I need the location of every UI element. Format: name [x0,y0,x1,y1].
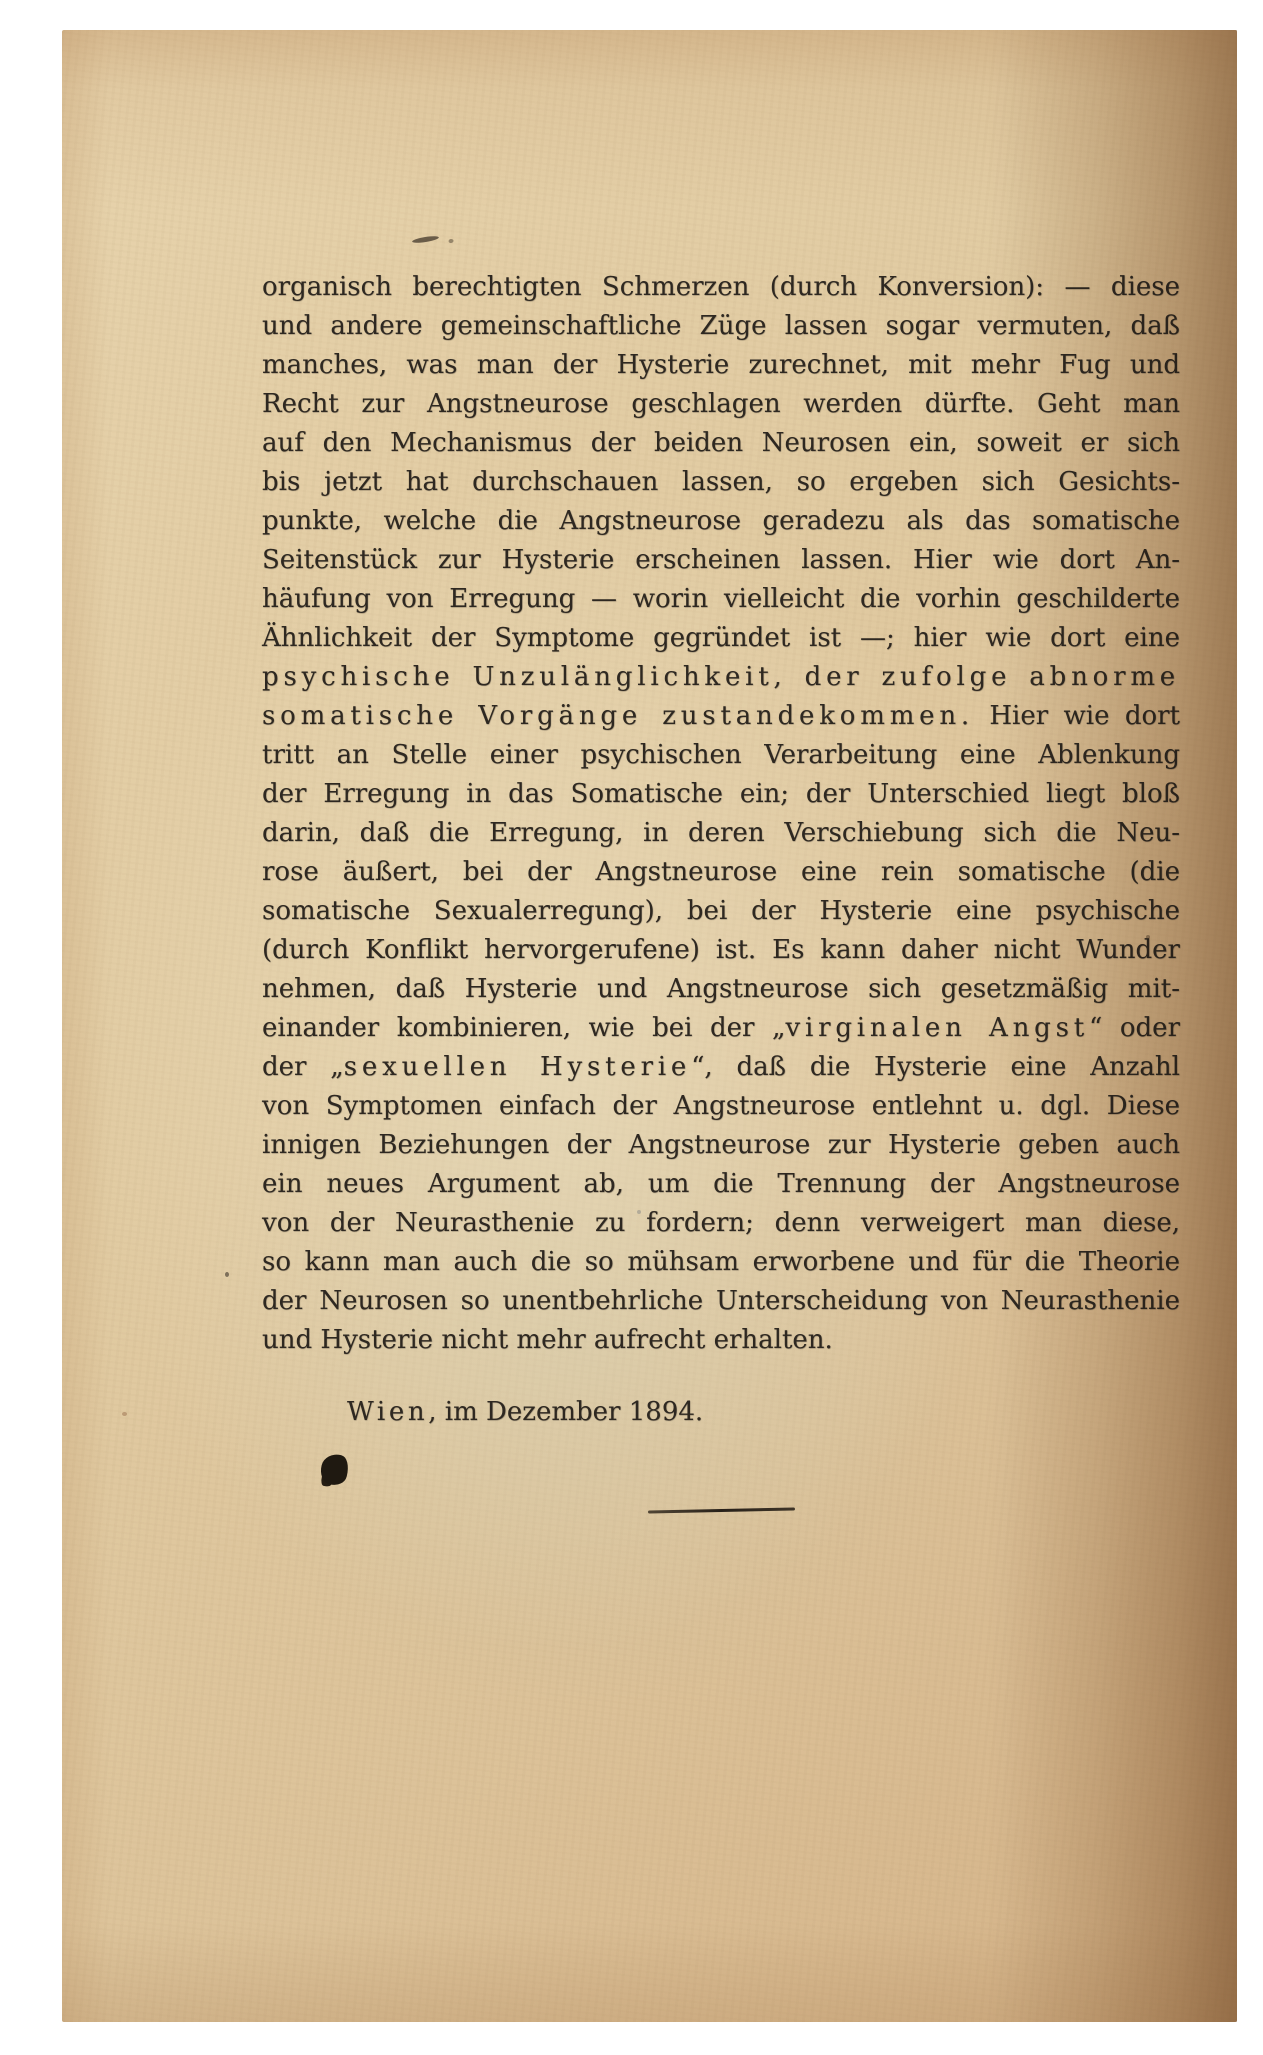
paper-speck [122,1412,127,1416]
text-line: so kann man auch die so mühsam erworbene… [262,1243,1180,1282]
emphasized-spaced-text: virginalen Angst [785,1013,1089,1043]
signature-date: , im Dezember 1894. [428,1397,703,1427]
paper-speck [225,1272,229,1277]
text-line: Ähnlichkeit der Symptome gegründet ist —… [262,619,1180,658]
text-line: somatische Vorgänge zustandekommen. Hier… [262,697,1180,736]
text-segment: der „ [262,1052,344,1082]
paper-speck [637,1210,641,1214]
text-line: Recht zur Angstneurose geschlagen werden… [262,385,1180,424]
text-segment: auf den Mechanismus der beiden Neurosen … [262,428,1180,458]
text-segment: der Erregung in das Somatische ein; der … [262,779,1180,809]
text-segment: manches, was man der Hysterie zurechnet,… [262,350,1180,380]
text-line: (durch Konflikt hervorgerufene) ist. Es … [262,931,1180,970]
section-divider-rule [648,1507,795,1513]
text-segment: Hier wie dort [974,701,1180,731]
body-text: organisch berechtigten Schmerzen (durch … [262,268,1180,1432]
text-segment: punkte, welche die Angstneurose geradezu… [262,506,1180,536]
text-segment: häufung von Erregung — worin vielleicht … [262,584,1180,614]
text-line: und Hysterie nicht mehr aufrecht erhalte… [262,1321,1180,1360]
text-segment: nehmen, daß Hysterie und Angstneurose si… [262,974,1180,1004]
text-line: punkte, welche die Angstneurose geradezu… [262,502,1180,541]
text-segment: Seitenstück zur Hysterie erscheinen lass… [262,545,1180,575]
signature-place: Wien [347,1397,428,1427]
text-segment: tritt an Stelle einer psychischen Verarb… [262,740,1180,770]
text-line: rose äußert, bei der Angstneurose eine r… [262,853,1180,892]
text-segment: darin, daß die Erregung, in deren Versch… [262,818,1180,848]
text-segment: einander kombinieren, wie bei der „ [262,1013,785,1043]
emphasized-spaced-text: somatische Vorgänge zustandekommen. [262,701,974,731]
text-line: der „sexuellen Hysterie“, daß die Hyster… [262,1048,1180,1087]
text-segment: “ oder [1089,1013,1180,1043]
text-line: ein neues Argument ab, um die Trennung d… [262,1165,1180,1204]
text-segment: und andere gemeinschaftliche Züge lassen… [262,311,1180,341]
text-segment: (durch Konflikt hervorgerufene) ist. Es … [262,935,1180,965]
text-line: Seitenstück zur Hysterie erscheinen lass… [262,541,1180,580]
text-line: innigen Beziehungen der Angstneurose zur… [262,1126,1180,1165]
text-segment: der Neurosen so unentbehrliche Untersche… [262,1286,1180,1316]
text-line: der Neurosen so unentbehrliche Untersche… [262,1282,1180,1321]
print-smudge [412,235,439,244]
text-line: und andere gemeinschaftliche Züge lassen… [262,307,1180,346]
text-segment: von Symptomen einfach der Angstneurose e… [262,1091,1180,1121]
text-segment: rose äußert, bei der Angstneurose eine r… [262,857,1180,887]
text-segment: “, daß die Hysterie eine Anzahl [691,1052,1180,1082]
text-line: von Symptomen einfach der Angstneurose e… [262,1087,1180,1126]
text-segment: organisch berechtigten Schmerzen (durch … [262,272,1180,302]
text-line: der Erregung in das Somatische ein; der … [262,775,1180,814]
text-segment: innigen Beziehungen der Angstneurose zur… [262,1130,1180,1160]
text-segment: ein neues Argument ab, um die Trennung d… [262,1169,1180,1199]
text-line: manches, was man der Hysterie zurechnet,… [262,346,1180,385]
text-segment: Ähnlichkeit der Symptome gegründet ist —… [262,623,1180,653]
text-line: bis jetzt hat durchschauen lassen, so er… [262,463,1180,502]
emphasized-spaced-text: psychische Unzulänglichkeit, der zufolge… [262,662,1180,692]
ink-blot [318,1451,352,1488]
text-line: nehmen, daß Hysterie und Angstneurose si… [262,970,1180,1009]
text-line: somatische Sexualerregung), bei der Hyst… [262,892,1180,931]
text-line: psychische Unzulänglichkeit, der zufolge… [262,658,1180,697]
scan-viewport: organisch berechtigten Schmerzen (durch … [0,0,1263,2055]
text-line: organisch berechtigten Schmerzen (durch … [262,268,1180,307]
text-line: auf den Mechanismus der beiden Neurosen … [262,424,1180,463]
paper-speck [1146,935,1150,939]
text-segment: von der Neurasthenie zu fordern; denn ve… [262,1208,1180,1238]
text-line: häufung von Erregung — worin vielleicht … [262,580,1180,619]
signature-line: Wien, im Dezember 1894. [262,1393,1180,1432]
text-line: tritt an Stelle einer psychischen Verarb… [262,736,1180,775]
text-line: von der Neurasthenie zu fordern; denn ve… [262,1204,1180,1243]
text-segment: somatische Sexualerregung), bei der Hyst… [262,896,1180,926]
text-segment: bis jetzt hat durchschauen lassen, so er… [262,467,1180,497]
text-segment: Recht zur Angstneurose geschlagen werden… [262,389,1180,419]
text-line: darin, daß die Erregung, in deren Versch… [262,814,1180,853]
text-segment: und Hysterie nicht mehr aufrecht erhalte… [262,1325,833,1355]
emphasized-spaced-text: sexuellen Hysterie [344,1052,691,1082]
book-page: organisch berechtigten Schmerzen (durch … [62,30,1237,2022]
text-segment: so kann man auch die so mühsam erworbene… [262,1247,1180,1277]
text-line: einander kombinieren, wie bei der „virgi… [262,1009,1180,1048]
